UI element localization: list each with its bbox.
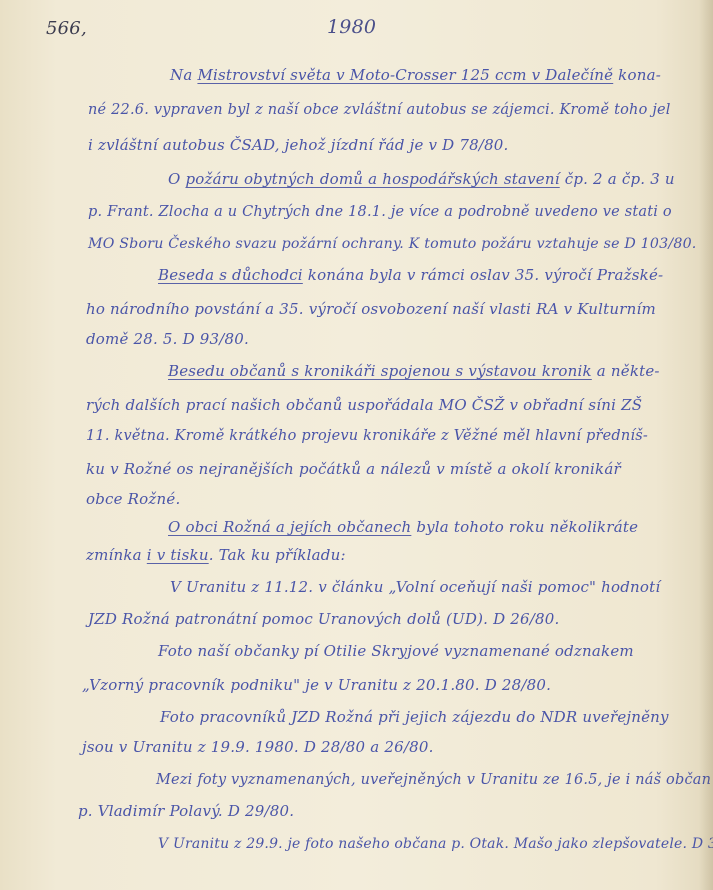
text: Na (170, 66, 197, 84)
text: konána byla v rámci oslav 35. výročí Pra… (303, 266, 663, 284)
paragraph-8-line-1: Foto pracovníků JZD Rožná při jejich záj… (160, 708, 669, 726)
paragraph-4-line-5: obce Rožné. (86, 490, 180, 508)
paragraph-9-line-1: Mezi foty vyznamenaných, uveřejněných v … (156, 772, 711, 788)
paragraph-1-line-2: né 22.6. vypraven byl z naší obce zvlášt… (88, 102, 671, 118)
text: byla tohoto roku několikráte (411, 518, 638, 536)
paragraph-4-line-1: Besedu občanů s kronikáři spojenou s výs… (168, 362, 660, 380)
text: čp. 2 a čp. 3 u (560, 170, 675, 188)
paragraph-3-line-1: Beseda s důchodci konána byla v rámci os… (158, 266, 663, 284)
underlined-text: O obci Rožná a jejích občanech (168, 518, 411, 536)
underlined-text: požáru obytných domů a hospodářských sta… (185, 170, 559, 188)
paragraph-4-line-4: ku v Rožné os nejranějších počátků a nál… (86, 460, 621, 478)
text: O (168, 170, 185, 188)
underlined-text: Beseda s důchodci (158, 266, 303, 284)
paragraph-2-line-3: MO Sboru Českého svazu požární ochrany. … (88, 236, 697, 252)
paragraph-7-line-2: „Vzorný pracovník podniku" je v Uranitu … (82, 676, 551, 694)
page-number: 566, (46, 18, 87, 39)
paragraph-1-line-3: i zvláštní autobus ČSAD, jehož jízdní řá… (88, 136, 509, 154)
paragraph-3-line-2: ho národního povstání a 35. výročí osvob… (86, 300, 656, 318)
text: kona- (613, 66, 661, 84)
text: a někte- (592, 362, 660, 380)
page-year-heading: 1980 (327, 16, 376, 38)
paragraph-9-line-2: p. Vladimír Polavý. D 29/80. (78, 802, 294, 820)
underlined-text: Besedu občanů s kronikáři spojenou s výs… (168, 362, 592, 380)
paragraph-3-line-3: domě 28. 5. D 93/80. (86, 330, 249, 348)
paragraph-1-line-1: Na Mistrovství světa v Moto-Crosser 125 … (170, 66, 661, 84)
chronicle-page: 566, 1980 Na Mistrovství světa v Moto-Cr… (0, 0, 713, 890)
paragraph-4-line-2: rých dalších prací našich občanů uspořád… (86, 396, 642, 414)
paragraph-8-line-2: jsou v Uranitu z 19.9. 1980. D 28/80 a 2… (82, 738, 434, 756)
paragraph-7-line-1: Foto naší občanky pí Otilie Skryjové vyz… (158, 642, 634, 660)
paragraph-2-line-2: p. Frant. Zlocha a u Chytrých dne 18.1. … (88, 204, 672, 220)
paragraph-5-line-2: zmínka i v tisku. Tak ku příkladu: (86, 546, 346, 564)
paragraph-2-line-1: O požáru obytných domů a hospodářských s… (168, 170, 675, 188)
underlined-text: i v tisku (147, 546, 209, 564)
paragraph-10-line-1: V Uranitu z 29.9. je foto našeho občana … (158, 836, 713, 852)
paragraph-6-line-2: JZD Rožná patronátní pomoc Uranových dol… (88, 610, 560, 628)
text: zmínka (86, 546, 147, 564)
text: . Tak ku příkladu: (209, 546, 346, 564)
underlined-text: Mistrovství světa v Moto-Crosser 125 ccm… (197, 66, 613, 84)
paragraph-4-line-3: 11. května. Kromě krátkého projevu kroni… (86, 428, 648, 444)
paragraph-5-line-1: O obci Rožná a jejích občanech byla toho… (168, 518, 638, 536)
paragraph-6-line-1: V Uranitu z 11.12. v článku „Volní oceňu… (170, 578, 660, 596)
